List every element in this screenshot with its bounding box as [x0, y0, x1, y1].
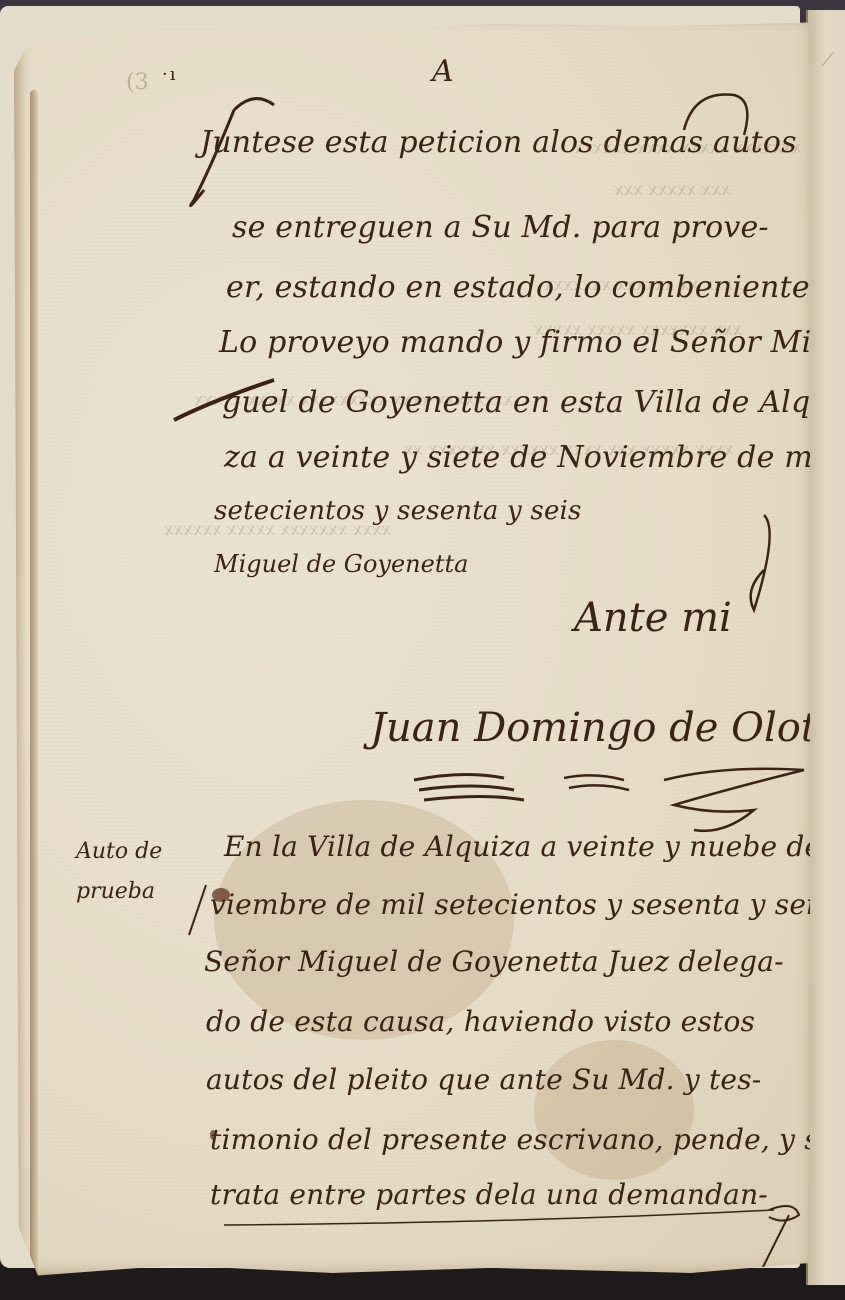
manuscript-page: xxxxxxx xxxxx xxxx xxxxxx xxx xxxxx xxx … — [14, 20, 810, 1278]
paragraph-2-line-5: autos del pleito que ante Su Md. y tes- — [206, 1063, 761, 1096]
paragraph-2-line-1: En la Villa de Alquiza a veinte y nuebe … — [224, 830, 845, 863]
underline-flourish — [164, 370, 284, 430]
notary-rubric — [394, 760, 814, 840]
paragraph-1-line-7: setecientos y sesenta y seis — [214, 496, 582, 526]
paragraph-2-line-2: viembre de mil setecientos y sesenta y s… — [210, 888, 845, 921]
scan-scene: ⁄ xxxxxxx xxxxx xxxx xxxxxx xxx xxxxx xx… — [0, 0, 845, 1300]
paragraph-1-line-3: er, estando en estado, lo combeniente: A… — [226, 270, 845, 305]
paragraph-1-line-6: za a veinte y siete de Noviembre de mil — [224, 440, 833, 475]
paragraph-1-line-2: se entreguen a Su Md. para prove- — [232, 210, 769, 245]
signature-ante-mi: Ante mi — [574, 595, 732, 641]
ink-blot — [210, 1130, 216, 1140]
signature-juan-domingo-de-olotte: Juan Domingo de Olotte — [370, 705, 845, 751]
page-edge-stain — [30, 90, 38, 1280]
adjacent-page-mark: ⁄ — [826, 50, 829, 71]
paragraph-1-line-4: Lo proveyo mando y firmo el Señor Mi- — [219, 325, 822, 360]
ante-mi-flourish — [724, 510, 784, 620]
closing-line-rubric — [214, 1205, 814, 1285]
adjacent-page-right: ⁄ — [806, 10, 845, 1285]
faded-folio-number: (3 — [126, 70, 149, 95]
paragraph-2-line-4: do de esta causa, haviendo visto estos — [206, 1005, 755, 1038]
corner-flourish — [674, 80, 764, 150]
paper-stain — [534, 1040, 694, 1180]
ink-blot — [212, 888, 230, 902]
margin-note: Auto de prueba — [76, 832, 162, 912]
paragraph-1-line-5: guel de Goyenetta en esta Villa de Alqui… — [222, 385, 845, 420]
paragraph-2-line-6: timonio del presente escrivano, pende, y… — [210, 1123, 836, 1156]
signature-miguel-de-goyenetta: Miguel de Goyenetta — [214, 550, 468, 578]
folio-mark: A — [432, 54, 454, 89]
margin-note-line-2: prueba — [76, 872, 162, 912]
paragraph-2-line-3: Señor Miguel de Goyenetta Juez delega- — [204, 945, 784, 978]
margin-note-line-1: Auto de — [76, 832, 162, 872]
bleed-through-text: xxx xxxxx xxx — [614, 180, 730, 200]
initial-flourish — [174, 80, 294, 210]
